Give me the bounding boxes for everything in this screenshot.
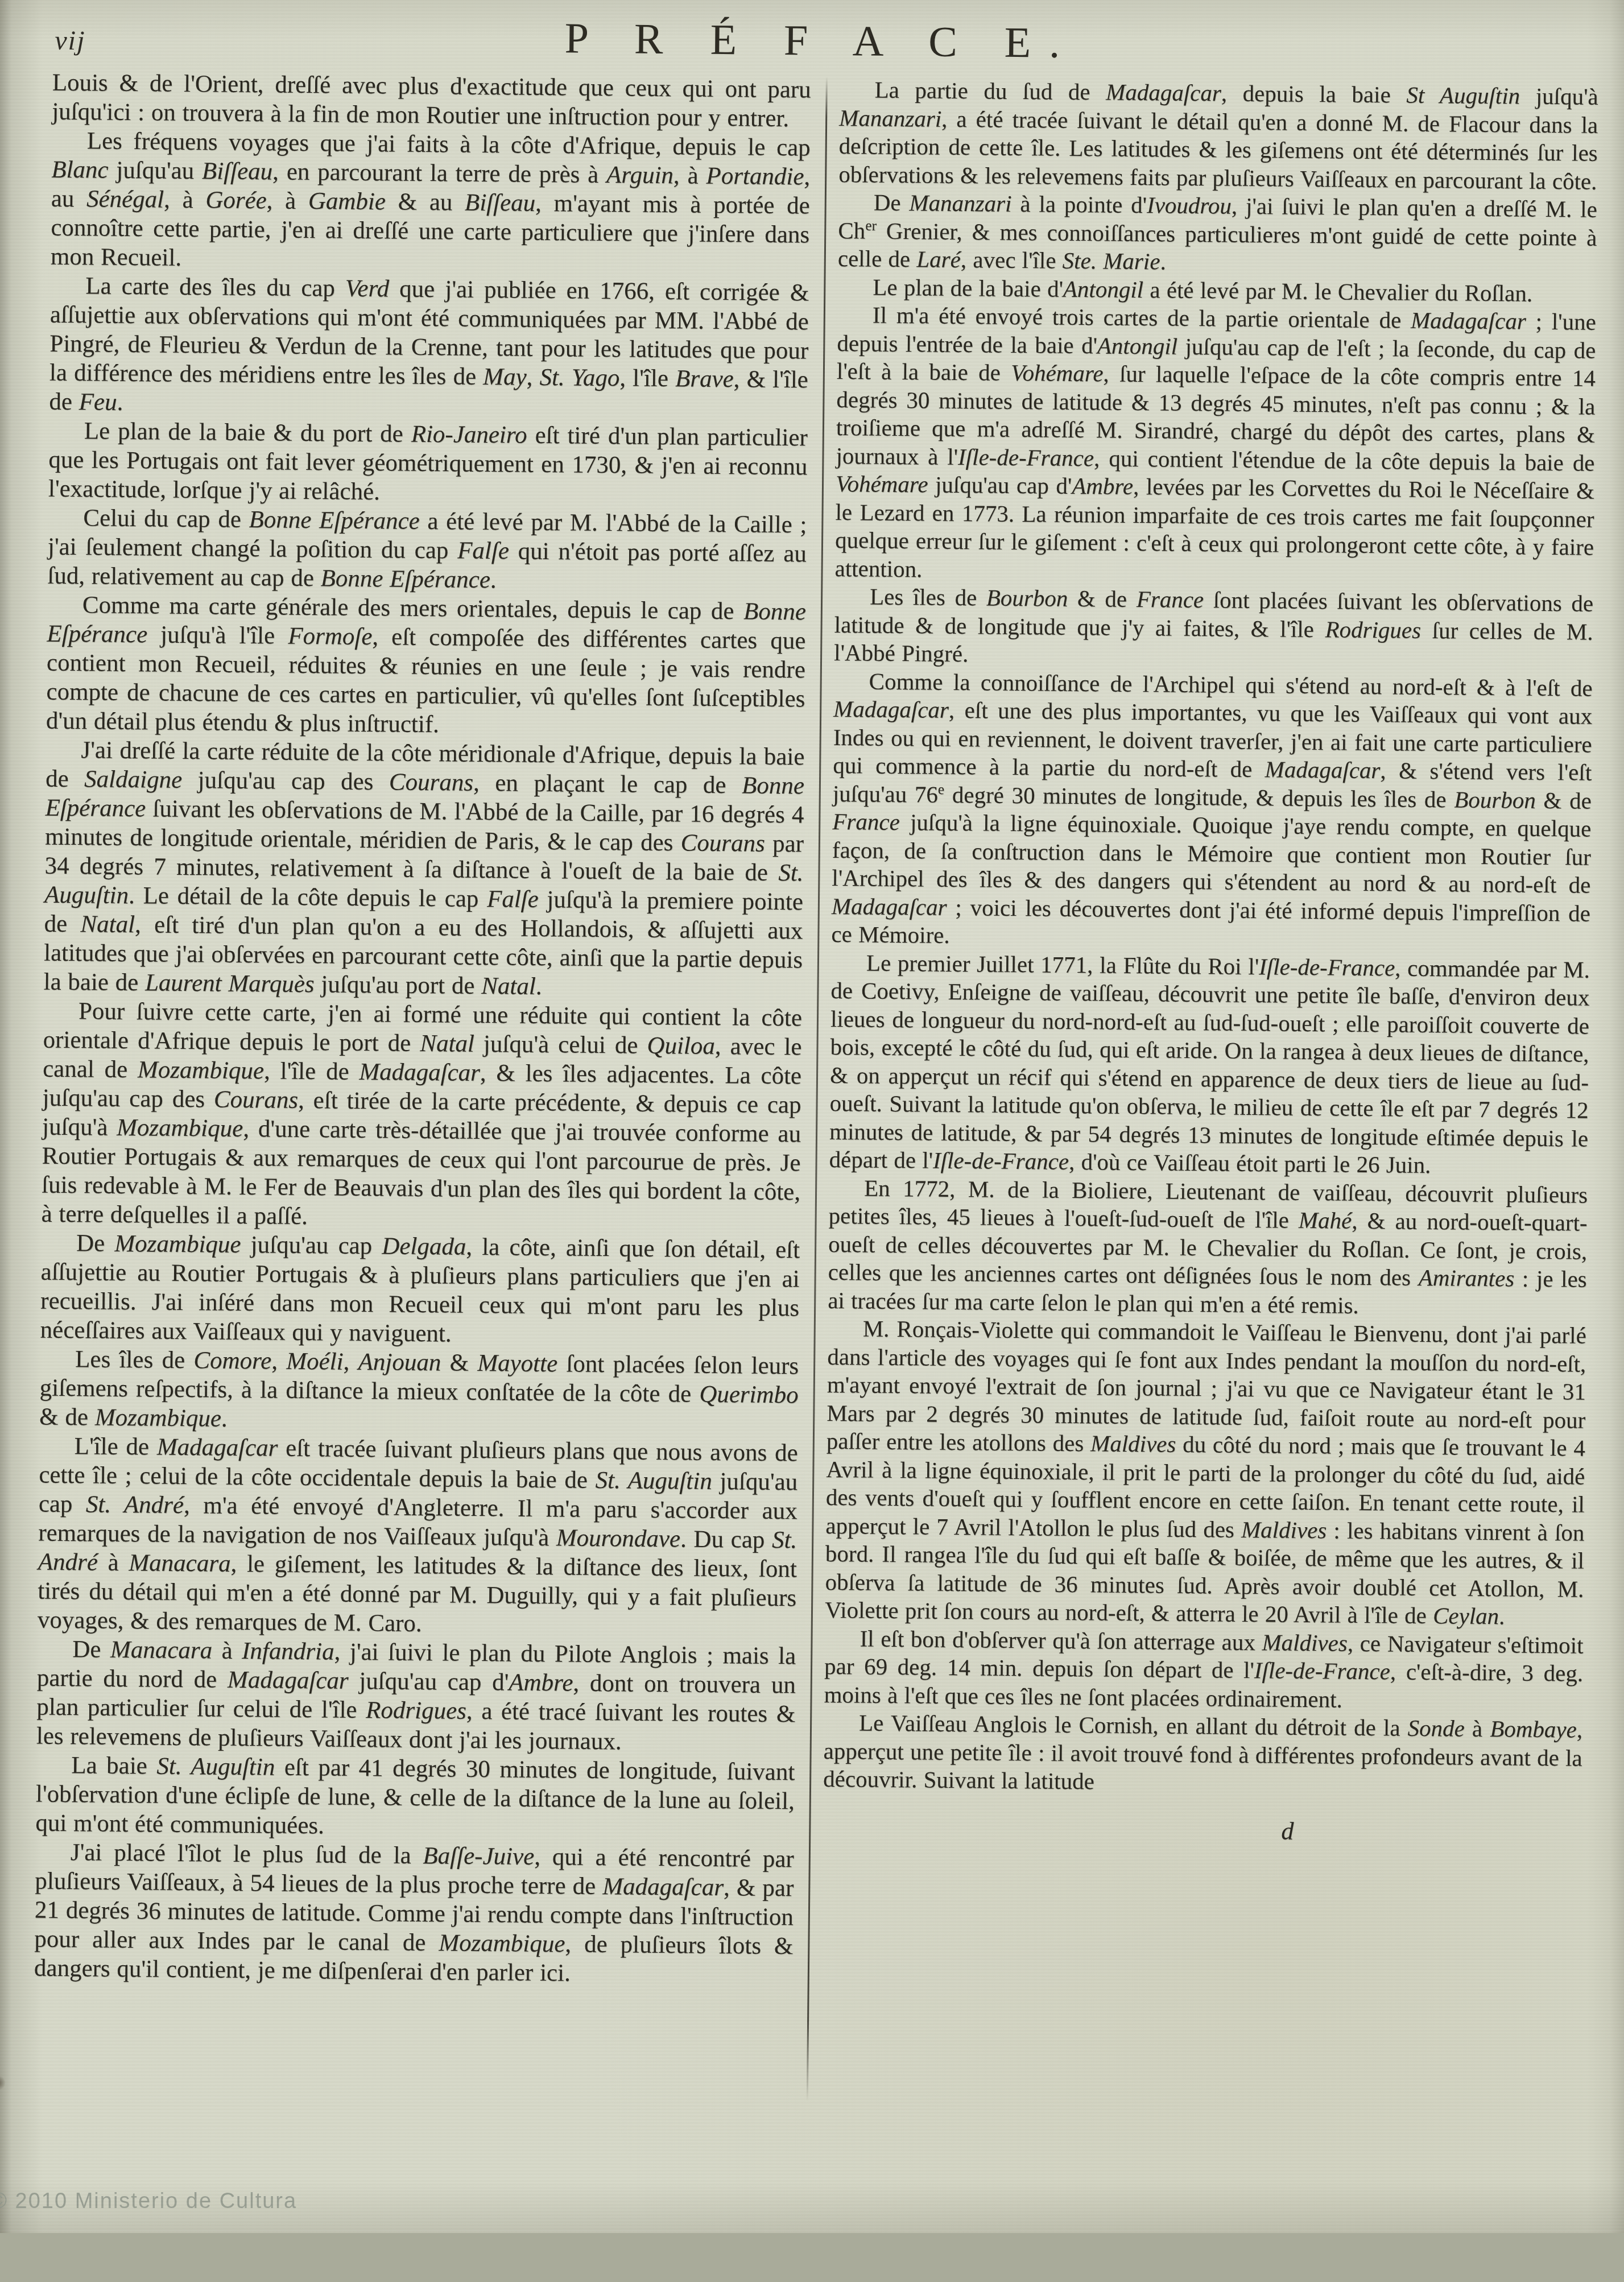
paragraph: Les îles de Comore, Moéli, Anjouan & May…: [39, 1345, 799, 1439]
paragraph: En 1772, M. de la Bioliere, Lieutenant d…: [828, 1173, 1588, 1321]
paragraph: De Manacara à Infandria, j'ai ſuivi le p…: [36, 1635, 796, 1758]
column-right-paragraphs: La partie du ſud de Madagaſcar, depuis l…: [823, 76, 1598, 1800]
page-content: vij P R É F A C E. Louis & de l'Orient, …: [0, 0, 1624, 2233]
page-title: P R É F A C E.: [0, 9, 1624, 73]
paragraph: La carte des îles du cap Verd que j'ai p…: [49, 271, 809, 424]
paragraph: Celui du cap de Bonne Eſpérance a été le…: [47, 503, 807, 598]
paragraph: Louis & de l'Orient, dreſſé avec plus d'…: [52, 68, 811, 134]
paragraph: Le Vaiſſeau Anglois le Cornish, en allan…: [823, 1709, 1582, 1800]
catchword: d: [908, 1813, 1624, 1849]
paragraph: L'île de Madagaſcar eſt tracée ſuivant p…: [38, 1432, 798, 1642]
paragraph: Les îles de Bourbon & de France ſont pla…: [834, 582, 1593, 674]
paragraph: Le plan de la baie & du port de Rio-Jane…: [48, 416, 808, 511]
column-right: La partie du ſud de Madagaſcar, depuis l…: [821, 76, 1598, 1998]
paragraph: Il m'a été envoyé trois cartes de la par…: [834, 301, 1596, 590]
paragraph: De Mananzari à la pointe d'Ivoudrou, j'a…: [838, 188, 1597, 280]
column-left: Louis & de l'Orient, dreſſé avec plus d'…: [34, 68, 811, 1990]
paragraph: De Mozambique juſqu'au cap Delgada, la c…: [40, 1229, 800, 1352]
paragraph: M. Ronçais-Violette qui commandoit le Va…: [825, 1314, 1586, 1631]
page-sheet: vij P R É F A C E. Louis & de l'Orient, …: [0, 0, 1624, 2233]
paragraph: Les fréquens voyages que j'ai faits à la…: [51, 126, 811, 279]
paragraph: Pour ſuivre cette carte, j'en ai formé u…: [41, 997, 802, 1236]
paragraph: Le premier Juillet 1771, la Flûte du Roi…: [829, 948, 1590, 1181]
paper-speck: [0, 2076, 6, 2090]
paragraph: J'ai dreſſé la carte réduite de la côte …: [43, 735, 804, 1004]
paragraph: La partie du ſud de Madagaſcar, depuis l…: [838, 76, 1598, 196]
text-columns: Louis & de l'Orient, dreſſé avec plus d'…: [34, 68, 1598, 1998]
paragraph: J'ai placé l'îlot le plus ſud de la Baſſ…: [34, 1838, 794, 1990]
paragraph: La baie St. Auguſtin eſt par 41 degrés 3…: [35, 1751, 795, 1845]
watermark: © 2010 Ministerio de Cultura: [0, 2189, 297, 2214]
paragraph: Comme la connoiſſance de l'Archipel qui …: [831, 667, 1593, 956]
paragraph: Il eſt bon d'obſerver qu'à ſon atterrage…: [824, 1624, 1583, 1715]
paragraph: Comme ma carte générale des mers orienta…: [46, 590, 806, 743]
